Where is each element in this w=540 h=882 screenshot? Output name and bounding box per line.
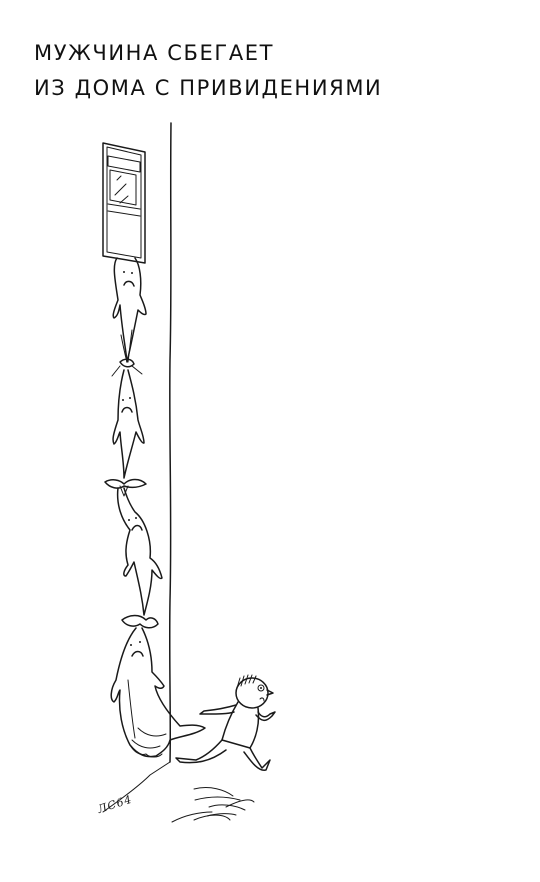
cartoon-illustration bbox=[0, 0, 540, 882]
house-wall bbox=[103, 123, 171, 812]
window bbox=[103, 143, 145, 263]
ground-mounds bbox=[172, 788, 254, 822]
ghost-3 bbox=[118, 488, 162, 628]
ghost-1 bbox=[112, 258, 146, 376]
running-man bbox=[176, 675, 275, 770]
ghost-4 bbox=[111, 628, 205, 757]
ghost-2 bbox=[105, 370, 146, 496]
